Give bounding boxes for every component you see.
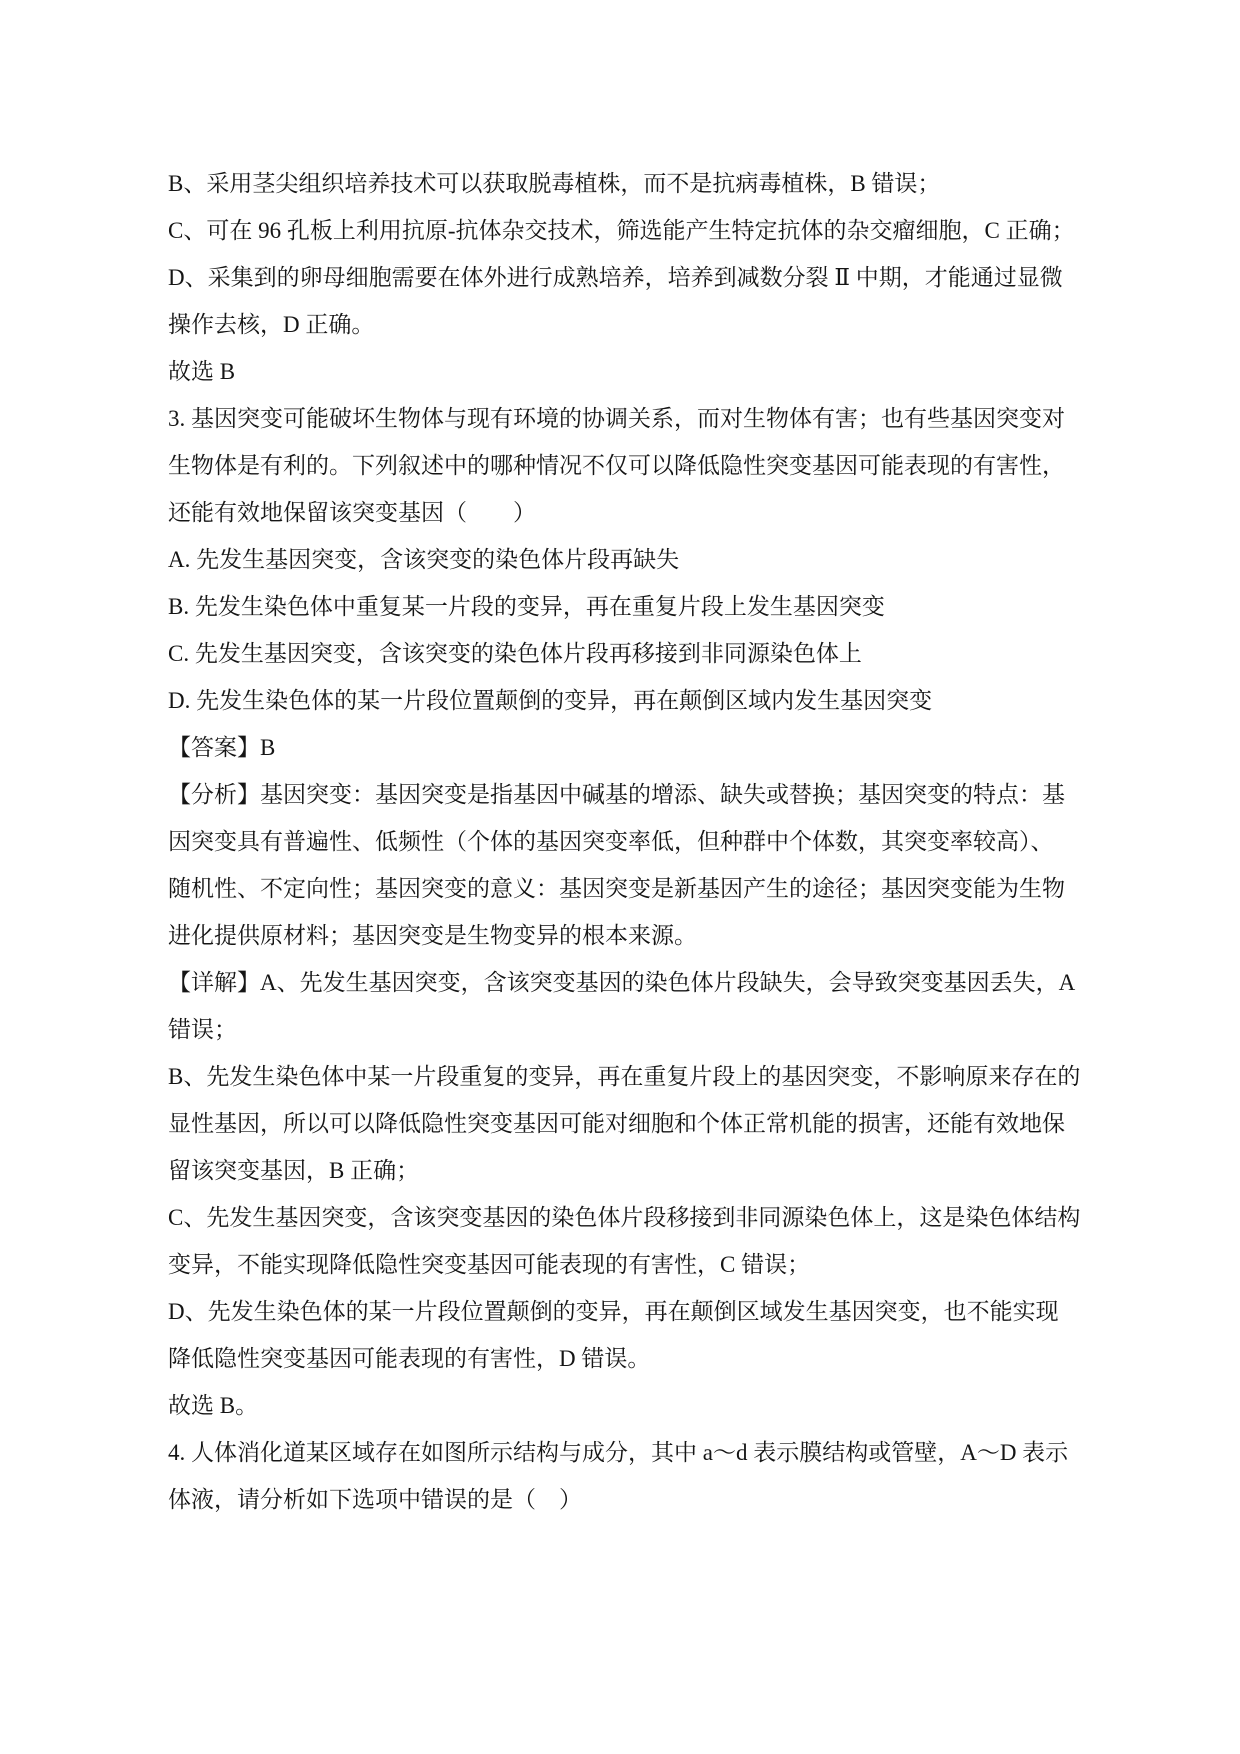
question-3-option-c: C. 先发生基因突变，含该突变的染色体片段再移接到非同源染色体上 xyxy=(168,630,1090,677)
question-3-analysis-cont-3: 进化提供原材料；基因突变是生物变异的根本来源。 xyxy=(168,912,1090,959)
question-3-explanation-c: C、先发生基因突变，含该突变基因的染色体片段移接到非同源染色体上，这是染色体结构 xyxy=(168,1194,1090,1241)
question-3-answer: 【答案】B xyxy=(168,724,1090,771)
question-3-option-b: B. 先发生染色体中重复某一片段的变异，再在重复片段上发生基因突变 xyxy=(168,583,1090,630)
question-3-analysis-cont-1: 因突变具有普遍性、低频性（个体的基因突变率低，但种群中个体数，其突变率较高）、 xyxy=(168,818,1090,865)
question-3-stem-cont-2: 还能有效地保留该突变基因（ ） xyxy=(168,489,1090,536)
document-text-block: B、采用茎尖组织培养技术可以获取脱毒植株，而不是抗病毒植株，B 错误； C、可在… xyxy=(168,160,1090,1523)
question-3-option-d: D. 先发生染色体的某一片段位置颠倒的变异，再在颠倒区域内发生基因突变 xyxy=(168,677,1090,724)
question-3-stem: 3. 基因突变可能破坏生物体与现有环境的协调关系，而对生物体有害；也有些基因突变… xyxy=(168,395,1090,442)
question-3-stem-cont-1: 生物体是有利的。下列叙述中的哪种情况不仅可以降低隐性突变基因可能表现的有害性， xyxy=(168,442,1090,489)
question-4-stem: 4. 人体消化道某区域存在如图所示结构与成分，其中 a～d 表示膜结构或管壁，A… xyxy=(168,1429,1090,1476)
question-3-analysis: 【分析】基因突变：基因突变是指基因中碱基的增添、缺失或替换；基因突变的特点：基 xyxy=(168,771,1090,818)
explanation-option-d: D、采集到的卵母细胞需要在体外进行成熟培养，培养到减数分裂 Ⅱ 中期，才能通过显… xyxy=(168,254,1090,301)
explanation-option-b: B、采用茎尖组织培养技术可以获取脱毒植株，而不是抗病毒植株，B 错误； xyxy=(168,160,1090,207)
question-3-explanation-d: D、先发生染色体的某一片段位置颠倒的变异，再在颠倒区域发生基因突变，也不能实现 xyxy=(168,1288,1090,1335)
question-3-explanation-a-cont: 错误； xyxy=(168,1006,1090,1053)
question-3-explanation-a: 【详解】A、先发生基因突变，含该突变基因的染色体片段缺失，会导致突变基因丢失，A xyxy=(168,959,1090,1006)
question-3-explanation-b-cont-2: 留该突变基因，B 正确； xyxy=(168,1147,1090,1194)
answer-conclusion-q2: 故选 B xyxy=(168,348,1090,395)
question-4-stem-cont: 体液，请分析如下选项中错误的是（ ） xyxy=(168,1476,1090,1523)
question-3-conclusion: 故选 B。 xyxy=(168,1382,1090,1429)
question-3-option-a: A. 先发生基因突变，含该突变的染色体片段再缺失 xyxy=(168,536,1090,583)
explanation-option-d-cont: 操作去核，D 正确。 xyxy=(168,301,1090,348)
question-3-explanation-b: B、先发生染色体中某一片段重复的变异，再在重复片段上的基因突变，不影响原来存在的 xyxy=(168,1053,1090,1100)
explanation-option-c: C、可在 96 孔板上利用抗原-抗体杂交技术，筛选能产生特定抗体的杂交瘤细胞，C… xyxy=(168,207,1090,254)
document-page: B、采用茎尖组织培养技术可以获取脱毒植株，而不是抗病毒植株，B 错误； C、可在… xyxy=(0,0,1240,1754)
question-3-explanation-d-cont: 降低隐性突变基因可能表现的有害性，D 错误。 xyxy=(168,1335,1090,1382)
question-3-explanation-c-cont: 变异，不能实现降低隐性突变基因可能表现的有害性，C 错误； xyxy=(168,1241,1090,1288)
question-3-analysis-cont-2: 随机性、不定向性；基因突变的意义：基因突变是新基因产生的途径；基因突变能为生物 xyxy=(168,865,1090,912)
question-3-explanation-b-cont-1: 显性基因，所以可以降低隐性突变基因可能对细胞和个体正常机能的损害，还能有效地保 xyxy=(168,1100,1090,1147)
